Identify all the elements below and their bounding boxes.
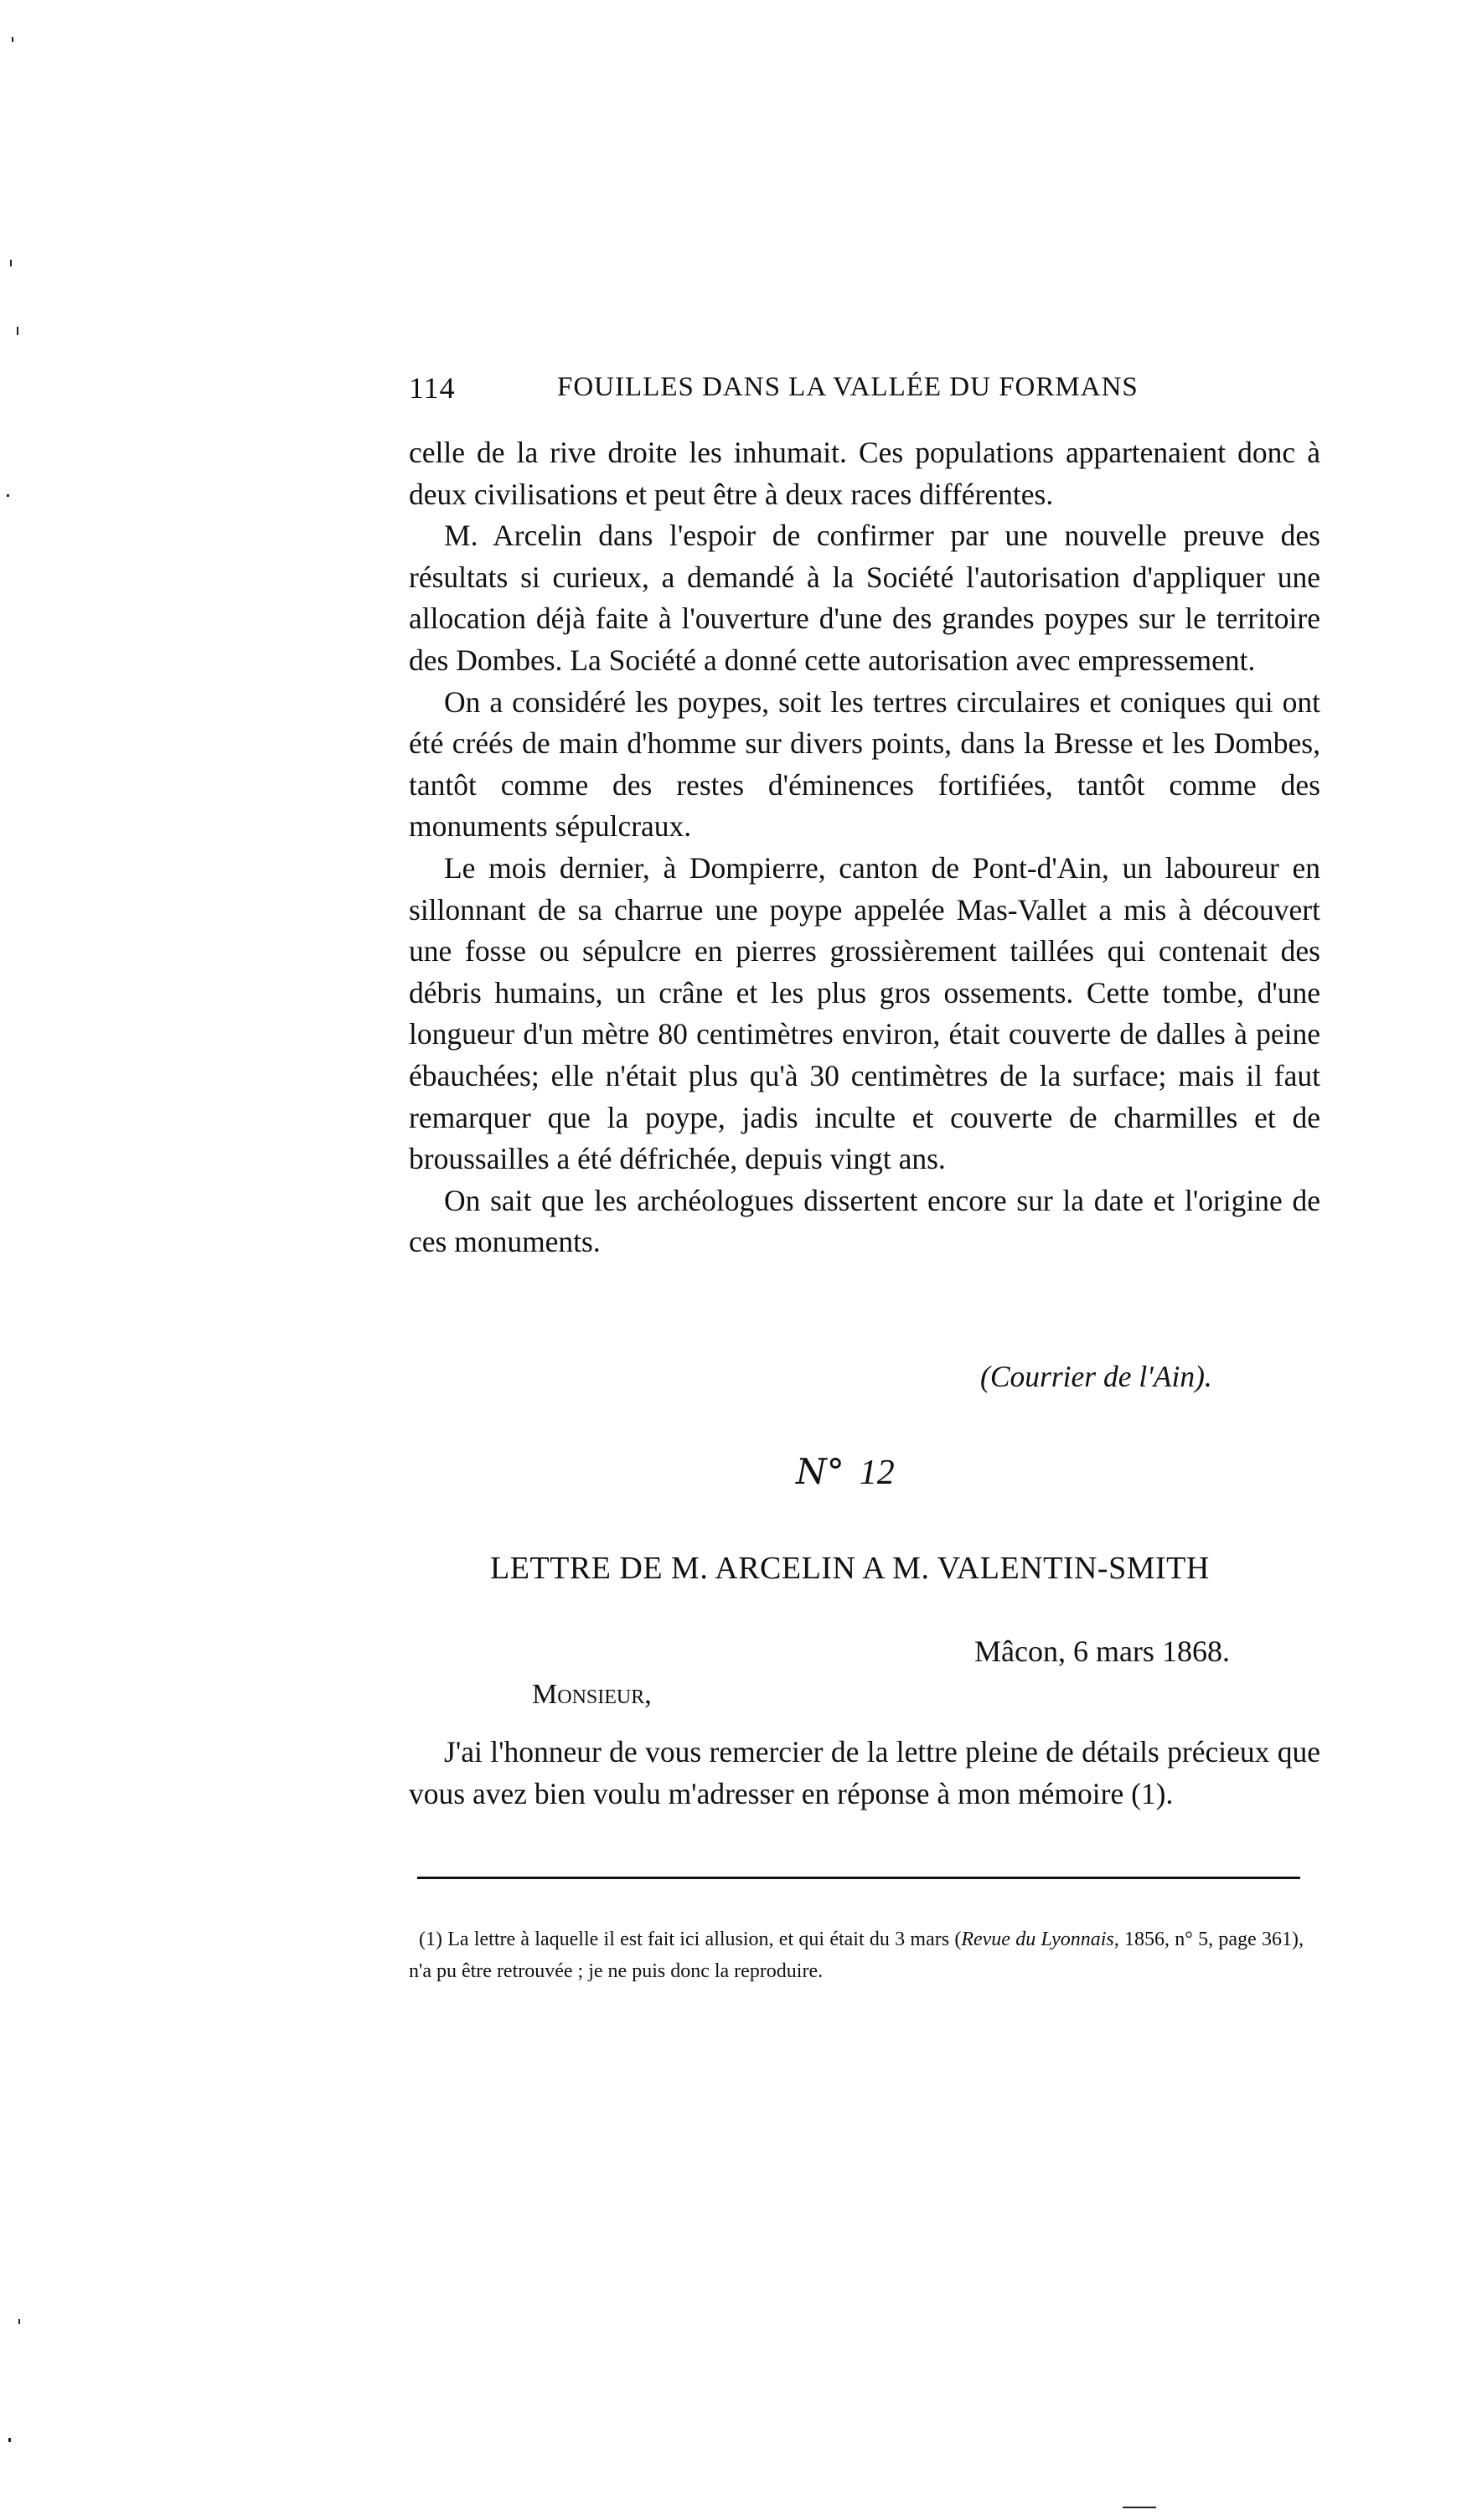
footnote: (1) La lettre à laquelle il est fait ici… bbox=[409, 1924, 1304, 1987]
paragraph: On a considéré les poypes, soit les tert… bbox=[409, 682, 1320, 848]
letter-body: J'ai l'honneur de vous remercier de la l… bbox=[409, 1731, 1320, 1815]
paragraph: On sait que les archéologues dissertent … bbox=[409, 1180, 1320, 1263]
scan-speck bbox=[18, 2319, 20, 2324]
article-body: celle de la rive droite les inhumait. Ce… bbox=[409, 432, 1320, 1263]
document-number: N°12 bbox=[796, 1451, 895, 1493]
letter-salutation: Monsieur, bbox=[532, 1679, 652, 1711]
running-head: 114 FOUILLES DANS LA VALLÉE DU FORMANS bbox=[409, 370, 1322, 407]
source-attribution: (Courrier de l'Ain). bbox=[980, 1359, 1212, 1394]
footnote-marker: (1) bbox=[419, 1929, 442, 1950]
paragraph: J'ai l'honneur de vous remercier de la l… bbox=[409, 1731, 1320, 1815]
number-prefix: N° bbox=[796, 1451, 844, 1492]
number-value: 12 bbox=[860, 1454, 895, 1492]
paragraph: Le mois dernier, à Dompierre, canton de … bbox=[409, 848, 1320, 1180]
footnote-text: La lettre à laquelle il est fait ici all… bbox=[447, 1929, 961, 1950]
page-number: 114 bbox=[409, 370, 456, 405]
footnote-divider bbox=[417, 1877, 1300, 1879]
scan-speck bbox=[12, 37, 13, 42]
scan-speck bbox=[10, 260, 12, 266]
letter-dateline: Mâcon, 6 mars 1868. bbox=[974, 1634, 1230, 1669]
letter-title: LETTRE DE M. ARCELIN A M. VALENTIN-SMITH bbox=[490, 1550, 1210, 1587]
scan-speck bbox=[7, 494, 9, 497]
scan-speck bbox=[1123, 2507, 1156, 2508]
paragraph: M. Arcelin dans l'espoir de confirmer pa… bbox=[409, 515, 1320, 681]
scan-speck bbox=[8, 2438, 11, 2442]
paragraph-continuation: celle de la rive droite les inhumait. Ce… bbox=[409, 432, 1320, 515]
running-head-title: FOUILLES DANS LA VALLÉE DU FORMANS bbox=[557, 372, 1139, 403]
scan-speck bbox=[17, 327, 18, 335]
footnote-citation-title: Revue du Lyonnais, bbox=[961, 1929, 1118, 1950]
scanned-book-page: 114 FOUILLES DANS LA VALLÉE DU FORMANS c… bbox=[0, 0, 1477, 2520]
